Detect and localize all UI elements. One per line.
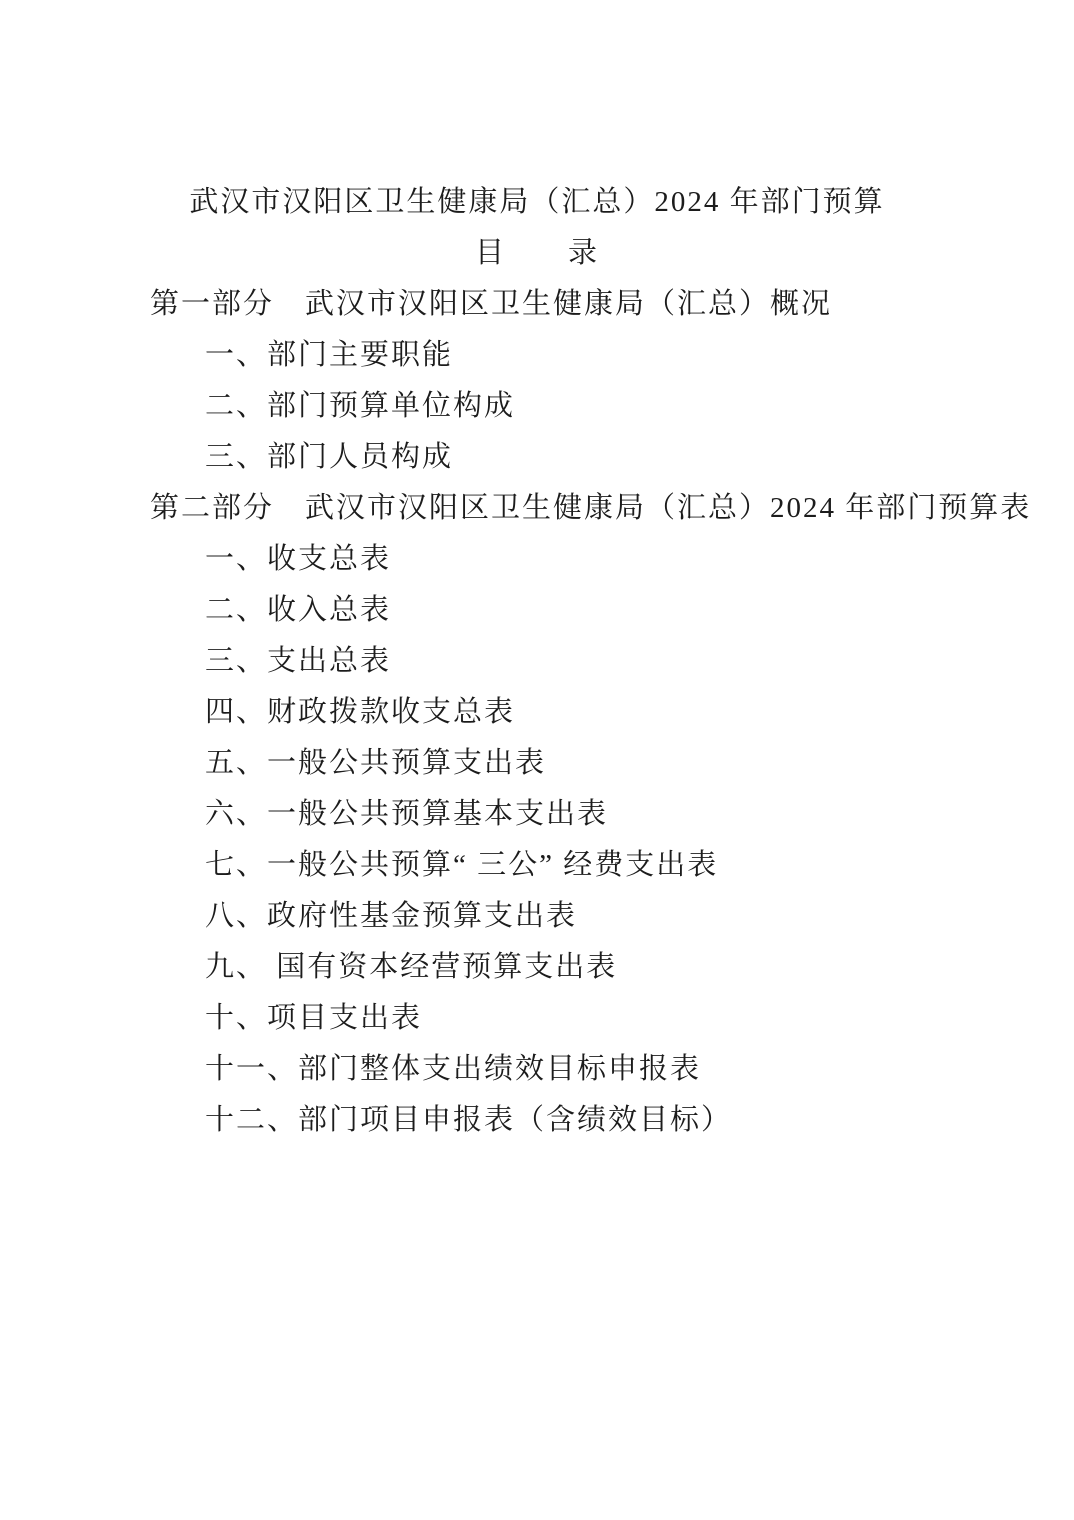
toc-item: 六、一般公共预算基本支出表 — [0, 789, 1074, 840]
toc-section-heading: 第一部分 武汉市汉阳区卫生健康局（汇总）概况 — [0, 279, 1074, 330]
toc-item: 一、部门主要职能 — [0, 330, 1074, 381]
toc-item: 三、部门人员构成 — [0, 432, 1074, 483]
document-page: 武汉市汉阳区卫生健康局（汇总）2024 年部门预算 目 录 第一部分 武汉市汉阳… — [0, 177, 1074, 1146]
toc-item: 二、部门预算单位构成 — [0, 381, 1074, 432]
document-title: 武汉市汉阳区卫生健康局（汇总）2024 年部门预算 — [0, 177, 1074, 228]
toc-item: 八、政府性基金预算支出表 — [0, 891, 1074, 942]
table-of-contents: 第一部分 武汉市汉阳区卫生健康局（汇总）概况一、部门主要职能二、部门预算单位构成… — [0, 279, 1074, 1146]
toc-item: 五、一般公共预算支出表 — [0, 738, 1074, 789]
toc-item: 三、支出总表 — [0, 636, 1074, 687]
toc-item: 二、收入总表 — [0, 585, 1074, 636]
toc-heading: 目 录 — [0, 228, 1074, 279]
toc-section-heading: 第二部分 武汉市汉阳区卫生健康局（汇总）2024 年部门预算表 — [0, 483, 1074, 534]
toc-item: 十一、部门整体支出绩效目标申报表 — [0, 1044, 1074, 1095]
toc-item: 十二、部门项目申报表（含绩效目标） — [0, 1095, 1074, 1146]
toc-item: 九、 国有资本经营预算支出表 — [0, 942, 1074, 993]
toc-item: 一、收支总表 — [0, 534, 1074, 585]
toc-item: 十、项目支出表 — [0, 993, 1074, 1044]
toc-item: 七、一般公共预算“ 三公” 经费支出表 — [0, 840, 1074, 891]
toc-item: 四、财政拨款收支总表 — [0, 687, 1074, 738]
